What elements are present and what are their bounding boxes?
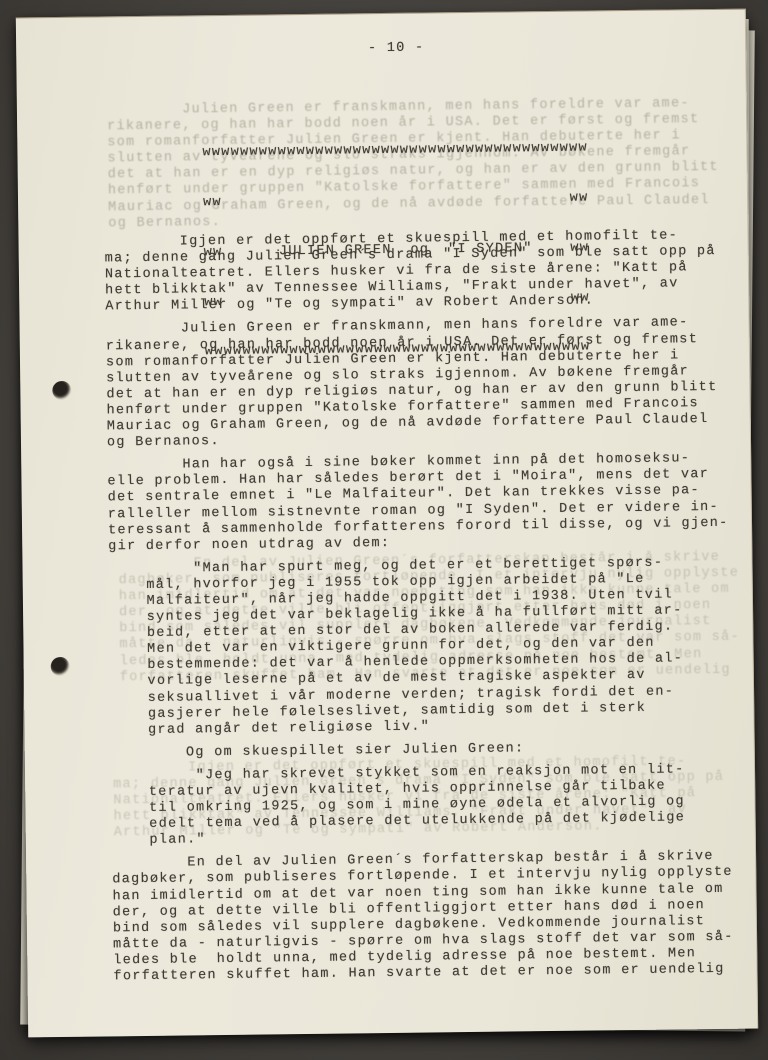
title-box-border-top: wwwwwwwwwwwwwwwwwwwwwwwwwwwwwwwwwwwwwwww… xyxy=(202,141,588,162)
paragraph-3: Han har også i sine bøker kommet inn på … xyxy=(107,451,729,555)
page-number: - 10 - xyxy=(85,37,707,61)
typescript-content: - 10 - wwwwwwwwwwwwwwwwwwwwwwwwwwwwwwwww… xyxy=(102,10,736,1037)
paragraph-2: Julien Green er franskmann, men hans for… xyxy=(106,315,728,451)
title-box-side: ww ww xyxy=(203,190,589,211)
quote-block-2: "Jeg har skrevet stykket som en reaksjon… xyxy=(111,762,732,850)
desk-background: Julien Green er franskmann, men hans for… xyxy=(0,0,768,1060)
document-page: Julien Green er franskmann, men hans for… xyxy=(16,9,758,1038)
quote-intro: Og om skuespillet sier Julien Green: xyxy=(111,739,732,763)
quote-block-1: "Man har spurt meg, og det er et beretti… xyxy=(108,555,731,740)
paragraph-4: En del av Julien Green´s forfatterskap b… xyxy=(112,849,734,985)
punch-hole-top xyxy=(52,381,71,400)
paragraph-1: Igjen er det oppført et skuespill med et… xyxy=(104,228,725,316)
typescript-body: Igjen er det oppført et skuespill med et… xyxy=(104,228,734,993)
punch-hole-bottom xyxy=(51,657,70,676)
